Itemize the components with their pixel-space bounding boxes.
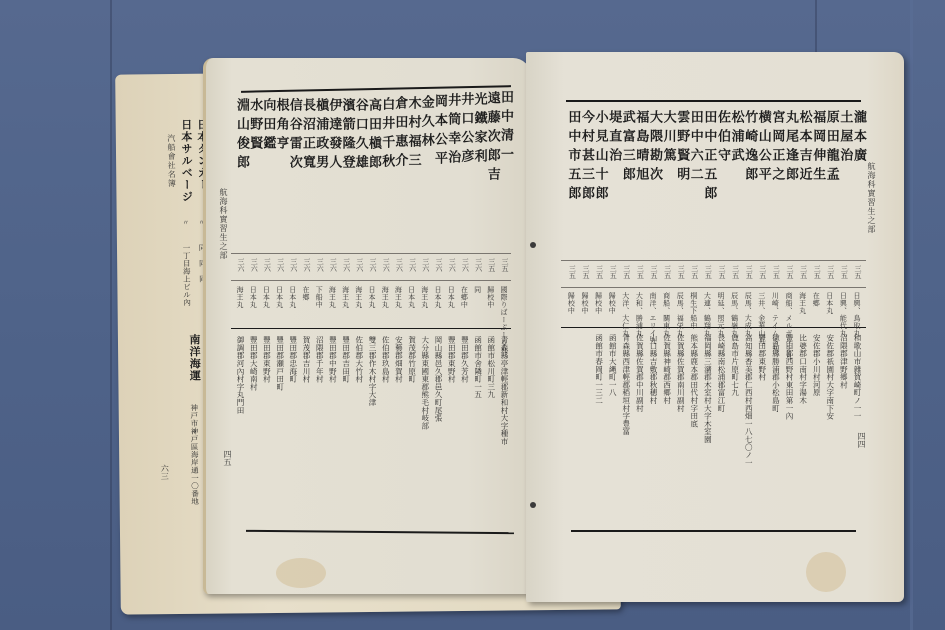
- class-number: 三五: [595, 265, 605, 279]
- class-number: 三五: [771, 265, 781, 279]
- foxing-stain: [276, 558, 326, 588]
- ship-assignment: 日本丸: [248, 286, 258, 309]
- ship-assignment: 明延、照元丸: [716, 292, 726, 337]
- class-number: 三五: [567, 265, 577, 279]
- class-number: 三六: [276, 258, 286, 272]
- class-number: 三五: [717, 265, 727, 279]
- ship-assignment: 辰馬、大成丸: [743, 292, 753, 337]
- class-number: 三五: [690, 265, 700, 279]
- home-address: 徳島縣勝浦郡小松島町: [770, 334, 781, 412]
- ship-assignment: 海王丸: [380, 286, 390, 309]
- company-name: 南洋海運: [186, 334, 203, 382]
- company-mark: 〃: [181, 219, 191, 227]
- ship-assignment: 歸校中: [580, 292, 590, 315]
- ship-assignment: 在鄕中: [459, 286, 469, 309]
- ship-assignment: 歸校中: [594, 292, 604, 315]
- ship-assignment: 海王丸: [327, 286, 337, 309]
- class-number: 三六: [368, 258, 378, 272]
- ship-assignment: 海王丸: [354, 286, 364, 309]
- left-page: 田中清一三五國際りばーぷーる丸青森縣亭津輕郡新和村大字種市遠藤次郎吉三五歸校中函…: [203, 58, 531, 594]
- home-address: 青森縣西津輕郡稻垣村字豊富: [621, 334, 632, 435]
- page-number: 四五: [222, 450, 233, 466]
- class-number: 三五: [622, 265, 632, 279]
- ship-assignment: 日興、能代丸: [838, 292, 848, 337]
- class-number: 三五: [812, 265, 822, 279]
- home-address: 佐伯郡玖島村: [380, 336, 391, 383]
- top-rule: [566, 100, 861, 102]
- class-number: 三六: [315, 258, 325, 272]
- ship-assignment: 海王丸: [420, 286, 430, 309]
- home-address: 函館市大縄町一八: [607, 334, 618, 396]
- home-address: 豐田郡中野村: [327, 336, 338, 383]
- home-address: 函館市舍隣町一五: [473, 336, 484, 398]
- ship-assignment: 歸校中: [566, 292, 576, 315]
- ship-assignment: 日本丸: [407, 286, 417, 309]
- address-rule: [561, 327, 866, 328]
- company-name: 日本サルベージ: [178, 119, 195, 203]
- home-address: 安佐郡小川村河原: [811, 334, 822, 396]
- ship-assignment: 日本丸: [261, 286, 271, 309]
- class-number: 三六: [421, 258, 431, 272]
- ship-assignment: 下船中: [314, 286, 324, 309]
- table-edge-line: [910, 0, 913, 630]
- ship-assignment: 日興、鳥取丸: [852, 292, 862, 337]
- bottom-rule: [571, 530, 856, 532]
- home-address: 賀茂郡竹原町: [407, 336, 418, 383]
- home-address: 函館市春岡町一三二: [594, 334, 605, 404]
- company-address: 神戸市神戸區海岸通一〇番地: [189, 404, 201, 506]
- address-rule: [231, 328, 511, 329]
- home-address: 雙三郡作木村字大津: [367, 336, 378, 406]
- class-number: 三六: [408, 258, 418, 272]
- class-number: 三五: [839, 265, 849, 279]
- class-number: 三六: [289, 258, 299, 272]
- class-number: 三六: [460, 258, 470, 272]
- student-name: 淵山俊郎: [232, 98, 251, 174]
- home-address: 函館市松川町三九: [486, 336, 497, 398]
- home-address: 豐田郡大崎南村: [248, 336, 259, 391]
- class-number: 三六: [262, 258, 272, 272]
- section-label: 汽船會社名簿: [166, 134, 178, 188]
- class-number: 三六: [447, 258, 457, 272]
- home-address: 高知縣香美郡仁西村西畑一八七〇ノ一: [743, 334, 754, 467]
- ship-assignment: 在鄕: [301, 286, 311, 301]
- ship-assignment: 海王丸: [798, 292, 808, 315]
- class-number: 三五: [799, 265, 809, 279]
- ship-assignment: 海王丸: [341, 286, 351, 309]
- ship-assignment: 歸校中: [486, 286, 496, 309]
- class-number: 三六: [342, 258, 352, 272]
- name-rule: [231, 253, 511, 254]
- binding-hole: [530, 502, 536, 508]
- class-number: 三六: [355, 258, 365, 272]
- table-seam-line: [110, 0, 112, 630]
- class-number: 三五: [703, 265, 713, 279]
- class-number: 三五: [758, 265, 768, 279]
- home-address: 安佐郡祇園村大字南下安: [825, 334, 836, 420]
- ship-assignment: 日本丸: [825, 292, 835, 315]
- ship-assignment: 大洋、大仁丸: [621, 292, 631, 337]
- class-number: 三五: [500, 258, 510, 272]
- ship-assignment: 日本丸: [446, 286, 456, 309]
- class-number: 三五: [649, 265, 659, 279]
- class-number: 三六: [381, 258, 391, 272]
- home-address: 豐田郡東野村: [757, 334, 768, 381]
- binding-hole: [530, 242, 536, 248]
- home-address: 豐田郡西野村東田第一內: [784, 334, 795, 420]
- class-number: 三六: [302, 258, 312, 272]
- class-number: 三五: [608, 265, 618, 279]
- class-number: 三五: [731, 265, 741, 279]
- ship-assignment: 日本丸: [288, 286, 298, 309]
- home-address: 御調郡河內村字丸門田: [235, 336, 246, 414]
- ship-assignment: 日本丸: [275, 286, 285, 309]
- home-address: 山口縣吉敷郡秋穂村: [648, 334, 659, 404]
- home-address: 佐伯郡大竹村: [354, 336, 365, 383]
- home-address: 豐田郡久芳村: [459, 336, 470, 383]
- ship-assignment: 在鄕: [811, 292, 821, 307]
- ship-assignment: 日本丸: [433, 286, 443, 309]
- class-number: 三五: [853, 265, 863, 279]
- home-address: 和歌山市雜賀崎町ノ一一: [852, 334, 863, 420]
- home-address: 豐田郡東野村: [446, 336, 457, 383]
- page-number: 六三: [159, 464, 170, 480]
- home-address: 長崎縣南松浦郡富江町: [716, 334, 727, 412]
- home-address: 豐田郡東野村: [261, 336, 272, 383]
- company-address: 一丁目海上ビル內: [181, 244, 193, 307]
- ship-assignment: 商船、關東丸: [662, 292, 672, 337]
- class-number: 三五: [581, 265, 591, 279]
- home-address: 豐田郡瀬戸田町: [275, 336, 286, 391]
- home-address: 豐田郡吉田町: [341, 336, 352, 383]
- ship-assignment: 辰馬、福栄丸: [675, 292, 685, 337]
- ship-assignment: 同: [473, 286, 483, 294]
- home-address: 豐田郡忠海町: [288, 336, 299, 383]
- num-rule: [231, 280, 511, 281]
- section-label: 航海科實習生之部: [866, 162, 877, 234]
- ship-assignment: 桐生下船中: [689, 292, 699, 330]
- ship-assignment: 大連、鶴翔丸: [702, 292, 712, 337]
- home-address: 福岡縣三瀦郡木室村大字木室園: [702, 334, 713, 443]
- student-name: 田中市五郎: [563, 110, 582, 205]
- class-number: 三六: [249, 258, 259, 272]
- home-address: 岡山縣邑久郡邑久町尾張: [433, 336, 444, 422]
- class-number: 三五: [785, 265, 795, 279]
- class-number: 三六: [474, 258, 484, 272]
- ship-assignment: 海王丸: [235, 286, 245, 309]
- class-number: 三五: [826, 265, 836, 279]
- class-number: 三六: [328, 258, 338, 272]
- class-number: 三六: [394, 258, 404, 272]
- ship-assignment: 辰馬、鶴嶺丸: [730, 292, 740, 337]
- home-address: 大分縣東國東郡熊毛村岐部: [420, 336, 431, 430]
- ship-assignment: 日本丸: [367, 286, 377, 309]
- home-address: 青森縣亭津輕郡新和村大字種市: [499, 336, 510, 445]
- home-address: 比婆郡口南村字湯木: [798, 334, 809, 404]
- home-address: 安藝郡畑賀村: [393, 336, 404, 383]
- home-address: 佐賀縣佐賀郡南川副村: [675, 334, 686, 412]
- section-label: 航海科實習生之部: [218, 188, 229, 260]
- bottom-rule: [246, 530, 514, 534]
- ship-assignment: 歸校中: [607, 292, 617, 315]
- home-address: 鹿島市片原町七九: [730, 334, 741, 396]
- ship-assignment: 大和、勝浦丸: [634, 292, 644, 337]
- page-number: 四四: [856, 432, 867, 448]
- home-address: 佐賀縣佐賀郡中川副村: [634, 334, 645, 412]
- class-number: 三六: [434, 258, 444, 272]
- class-number: 三五: [744, 265, 754, 279]
- class-number: 三五: [487, 258, 497, 272]
- foxing-stain: [806, 552, 846, 592]
- right-page: 瀧本廣三五日興、鳥取丸和歌山市雜賀崎町ノ一一土屋治三五日興、能代丸沼隈郡津野郷村…: [526, 52, 904, 602]
- home-address: 沼隈郡千年村: [314, 336, 325, 383]
- class-number: 三五: [676, 265, 686, 279]
- class-number: 三五: [635, 265, 645, 279]
- name-rule: [561, 260, 866, 261]
- ship-assignment: 海王丸: [393, 286, 403, 309]
- home-address: 沼隈郡津野郷村: [838, 334, 849, 389]
- class-number: 三五: [663, 265, 673, 279]
- home-address: 熊本縣鹿本郡田代村字田底: [689, 334, 700, 428]
- class-number: 三六: [236, 258, 246, 272]
- home-address: 佐賀縣神崎郡西郷村: [662, 334, 673, 404]
- num-rule: [561, 287, 866, 288]
- home-address: 賀茂郡吉川村: [301, 336, 312, 383]
